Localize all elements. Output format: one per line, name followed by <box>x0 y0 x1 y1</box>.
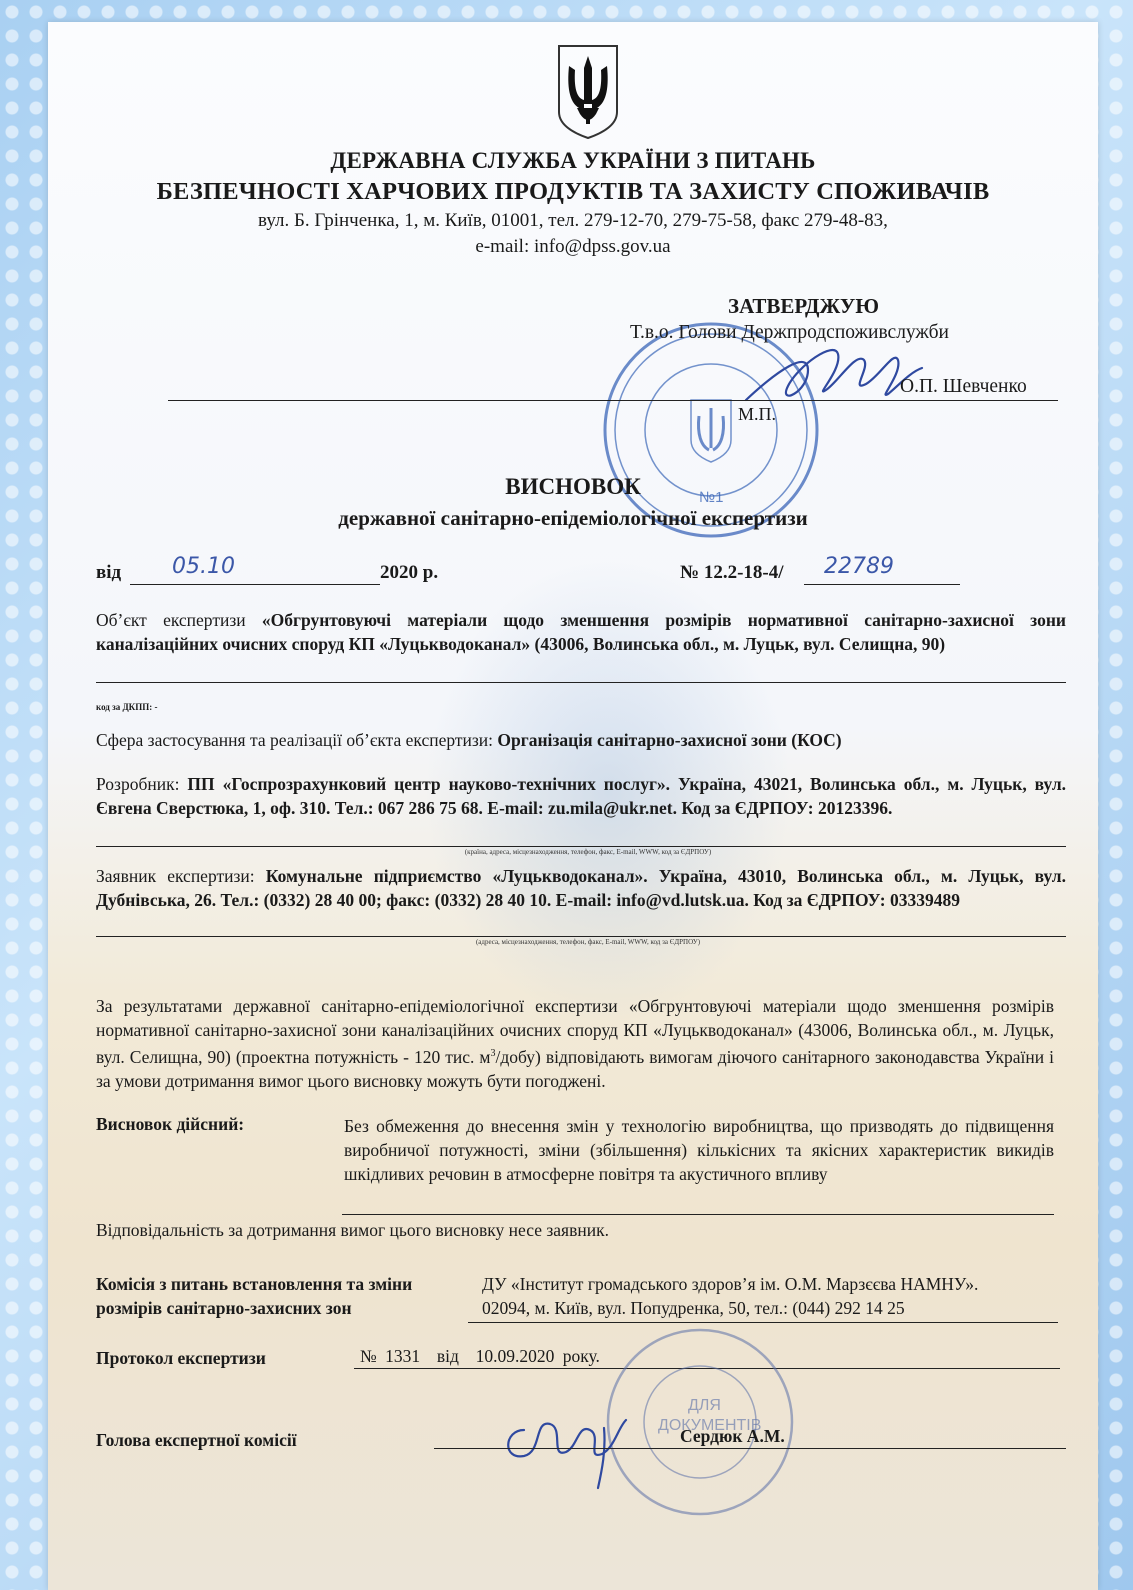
commission-value: ДУ «Інститут громадського здоров’я ім. О… <box>482 1272 978 1320</box>
developer-label: Розробник: <box>96 774 179 794</box>
validity-value: Без обмеження до внесення змін у техноло… <box>344 1114 1054 1186</box>
scope-label: Сфера застосування та реалізації об’єкта… <box>96 730 493 750</box>
seal-label: М.П. <box>738 404 776 425</box>
document-subtitle: державної санітарно-епідеміологічної екс… <box>48 506 1098 531</box>
organization-name-line2: БЕЗПЕЧНОСТІ ХАРЧОВИХ ПРОДУКТІВ ТА ЗАХИСТ… <box>48 178 1098 206</box>
responsibility-note: Відповідальність за дотримання вимог цьо… <box>96 1220 609 1241</box>
applicant-caption: (адреса, місцезнаходження, телефон, факс… <box>388 938 788 946</box>
number-field: 22789 <box>804 558 960 585</box>
expertise-object: Об’єкт експертизи «Обгрунтовуючі матеріа… <box>96 608 1066 656</box>
chairman-signature <box>494 1400 654 1490</box>
developer: Розробник: ПП «Госпрозрахунковий центр н… <box>96 772 1066 820</box>
developer-caption: (країна, адреса, місцезнаходження, телеф… <box>388 848 788 856</box>
date-handwritten: 05.10 <box>172 554 235 579</box>
divider <box>96 846 1066 847</box>
applicant: Заявник експертизи: Комунальне підприємс… <box>96 864 1066 912</box>
validity-label: Висновок дійсний: <box>96 1114 244 1135</box>
date-year: 2020 р. <box>380 562 438 584</box>
chairman-name: Сердюк А.М. <box>680 1426 785 1447</box>
developer-value: ПП «Госпрозрахунковий центр науково-техн… <box>96 774 1066 818</box>
approval-title: ЗАТВЕРДЖУЮ <box>728 294 879 319</box>
scope: Сфера застосування та реалізації об’єкта… <box>96 728 1066 752</box>
organization-address: вул. Б. Грінченка, 1, м. Київ, 01001, те… <box>48 210 1098 232</box>
date-field: 05.10 <box>130 558 380 585</box>
svg-text:ДЛЯ: ДЛЯ <box>688 1397 721 1414</box>
approval-name: О.П. Шевченко <box>900 376 1027 398</box>
approval-signature-line <box>168 400 1058 401</box>
document-sheet: ДЕРЖАВНА СЛУЖБА УКРАЇНИ З ПИТАНЬ БЕЗПЕЧН… <box>48 22 1098 1590</box>
scope-value: Організація санітарно-захисної зони (КОС… <box>497 730 841 750</box>
organization-name-line1: ДЕРЖАВНА СЛУЖБА УКРАЇНИ З ПИТАНЬ <box>48 148 1098 174</box>
applicant-label: Заявник експертизи: <box>96 866 255 886</box>
document-title: ВИСНОВОК <box>48 474 1098 500</box>
date-prefix: від <box>96 562 121 584</box>
chairman-label: Голова експертної комісії <box>96 1430 297 1451</box>
protocol-value: № 1331 від 10.09.2020 року. <box>360 1346 600 1367</box>
conclusion-text: За результатами державної санітарно-епід… <box>96 994 1054 1093</box>
number-handwritten: 22789 <box>824 554 894 579</box>
divider <box>342 1214 1054 1215</box>
organization-email: e-mail: info@dpss.gov.ua <box>48 236 1098 258</box>
trident-coat-of-arms-icon <box>555 42 621 142</box>
divider <box>96 936 1066 937</box>
divider <box>96 682 1066 683</box>
object-label: Об’єкт експертизи <box>96 610 246 630</box>
commission-label: Комісія з питань встановлення та зміни р… <box>96 1272 412 1320</box>
number-prefix: № 12.2-18-4/ <box>680 562 784 584</box>
protocol-label: Протокол експертизи <box>96 1348 266 1369</box>
dkpp-code: код за ДКПП: - <box>96 702 157 712</box>
divider <box>434 1448 1066 1449</box>
approval-role: Т.в.о. Голови Держпродспоживслужби <box>630 322 949 344</box>
